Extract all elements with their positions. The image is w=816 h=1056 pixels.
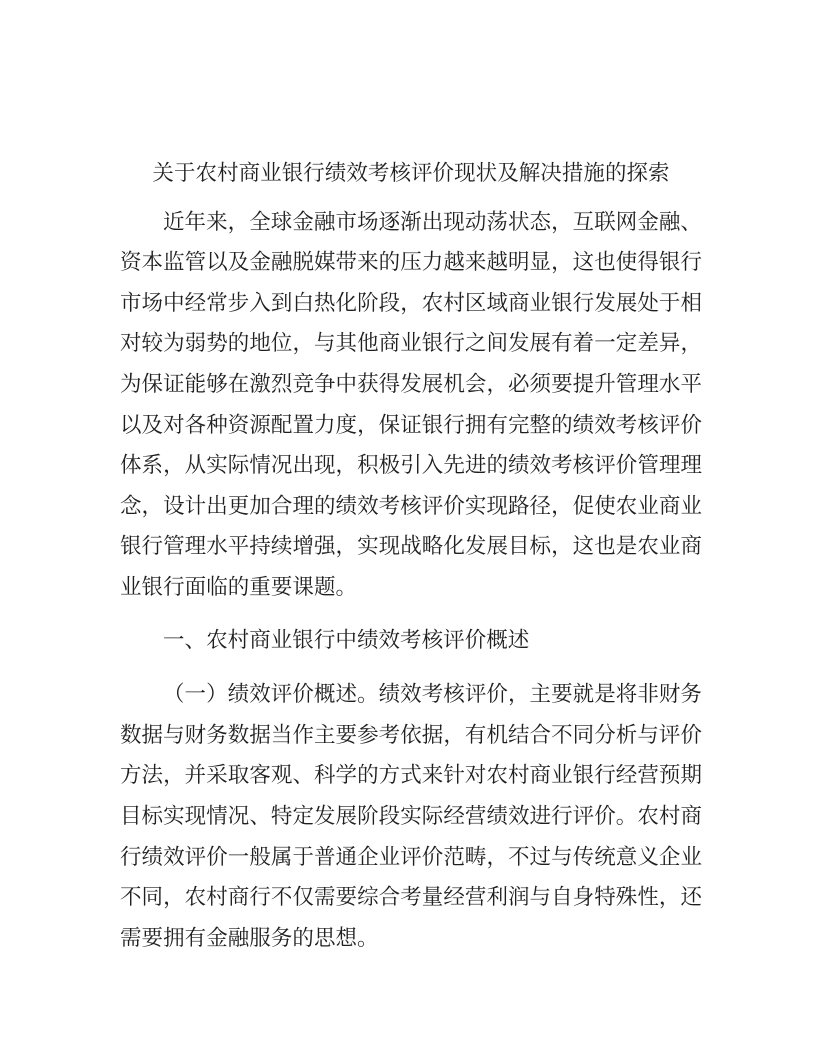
document-title: 关于农村商业银行绩效考核评价现状及解决措施的探索 (120, 153, 702, 194)
document-content: 关于农村商业银行绩效考核评价现状及解决措施的探索 近年来，全球金融市场逐渐出现动… (120, 153, 702, 958)
section-heading-1: 一、农村商业银行中绩效考核评价概述 (120, 620, 702, 661)
intro-paragraph: 近年来，全球金融市场逐渐出现动荡状态，互联网金融、资本监管以及金融脱媒带来的压力… (120, 202, 702, 608)
document-page: 关于农村商业银行绩效考核评价现状及解决措施的探索 近年来，全球金融市场逐渐出现动… (0, 0, 816, 1056)
overview-paragraph: （一）绩效评价概述。绩效考核评价，主要就是将非财务数据与财务数据当作主要参考依据… (120, 674, 702, 958)
